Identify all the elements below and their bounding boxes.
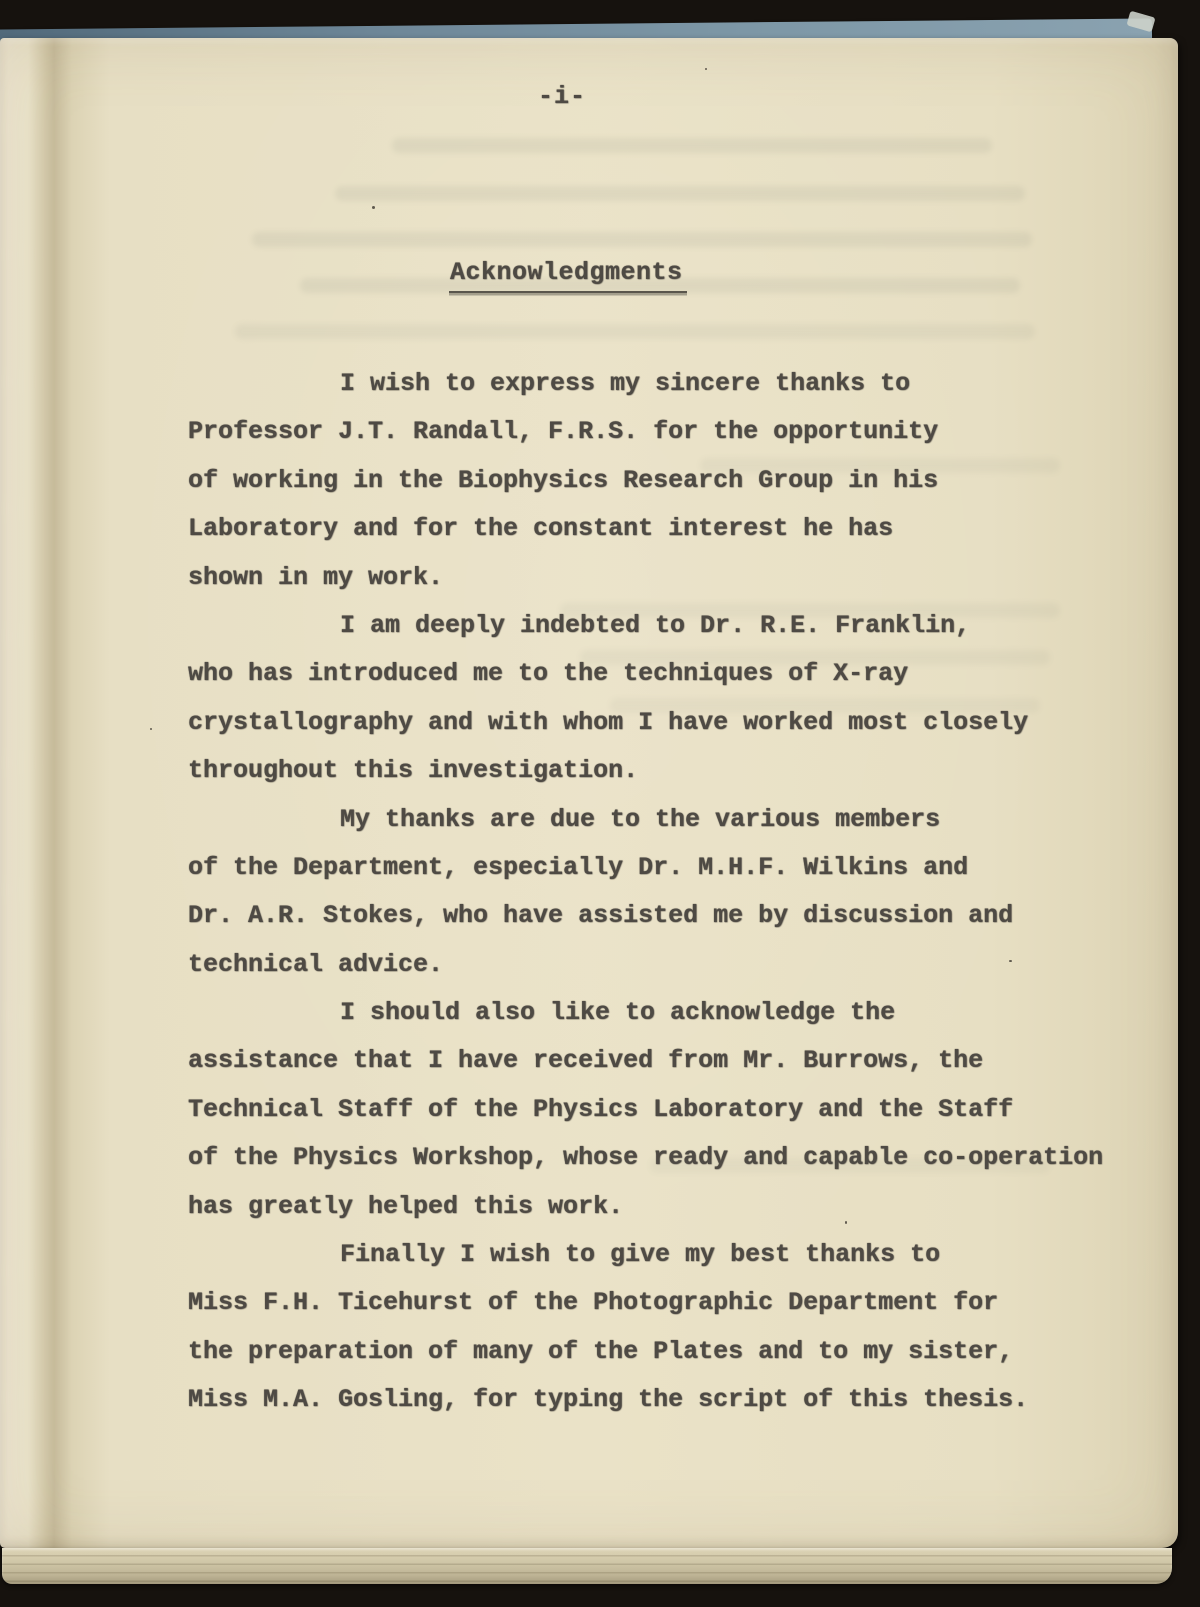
dust-speck xyxy=(705,68,707,70)
text-line: shown in my work. xyxy=(188,554,1148,602)
text-line: throughout this investigation. xyxy=(188,747,1148,795)
text-line: has greatly helped this work. xyxy=(188,1183,1148,1231)
ink-bleed-through xyxy=(335,186,1025,201)
paragraph: I wish to express my sincere thanks to P… xyxy=(188,360,1148,602)
text-line: assistance that I have received from Mr.… xyxy=(188,1037,1148,1085)
paragraph: Finally I wish to give my best thanks to… xyxy=(188,1231,1148,1425)
text-line: Miss M.A. Gosling, for typing the script… xyxy=(188,1376,1148,1424)
text-line: Laboratory and for the constant interest… xyxy=(188,505,1148,553)
text-line: Miss F.H. Ticehurst of the Photographic … xyxy=(188,1279,1148,1327)
text-line: Technical Staff of the Physics Laborator… xyxy=(188,1086,1148,1134)
text-line: who has introduced me to the techniques … xyxy=(188,650,1148,698)
ink-bleed-through xyxy=(252,232,1032,247)
text-line: Dr. A.R. Stokes, who have assisted me by… xyxy=(188,892,1148,940)
section-heading: Acknowledgments xyxy=(449,258,687,293)
text-line: Finally I wish to give my best thanks to xyxy=(188,1231,1148,1279)
text-line: crystallography and with whom I have wor… xyxy=(188,699,1148,747)
document-page: -i- Acknowledgments I wish to express my… xyxy=(0,38,1178,1548)
text-line: of working in the Biophysics Research Gr… xyxy=(188,457,1148,505)
dust-speck xyxy=(372,206,375,209)
text-line: technical advice. xyxy=(188,941,1148,989)
text-line: of the Department, especially Dr. M.H.F.… xyxy=(188,844,1148,892)
scan-background: { "doc": { "page_number": "-i-", "headin… xyxy=(0,0,1200,1607)
paragraph: I should also like to acknowledge the as… xyxy=(188,989,1148,1231)
page-stack-bottom-edge xyxy=(2,1548,1172,1584)
text-line: I wish to express my sincere thanks to xyxy=(188,360,1148,408)
text-line: My thanks are due to the various members xyxy=(188,796,1148,844)
ink-bleed-through xyxy=(235,324,1035,339)
text-line: I am deeply indebted to Dr. R.E. Frankli… xyxy=(188,602,1148,650)
text-line: of the Physics Workshop, whose ready and… xyxy=(188,1134,1148,1182)
paragraph: My thanks are due to the various members… xyxy=(188,796,1148,990)
text-line: Professor J.T. Randall, F.R.S. for the o… xyxy=(188,408,1148,456)
text-line: I should also like to acknowledge the xyxy=(188,989,1148,1037)
ink-bleed-through xyxy=(392,138,992,153)
dust-speck xyxy=(150,728,152,730)
text-line: the preparation of many of the Plates an… xyxy=(188,1328,1148,1376)
paragraph: I am deeply indebted to Dr. R.E. Frankli… xyxy=(188,602,1148,796)
body-text: I wish to express my sincere thanks to P… xyxy=(188,360,1148,1425)
page-number: -i- xyxy=(538,82,586,111)
